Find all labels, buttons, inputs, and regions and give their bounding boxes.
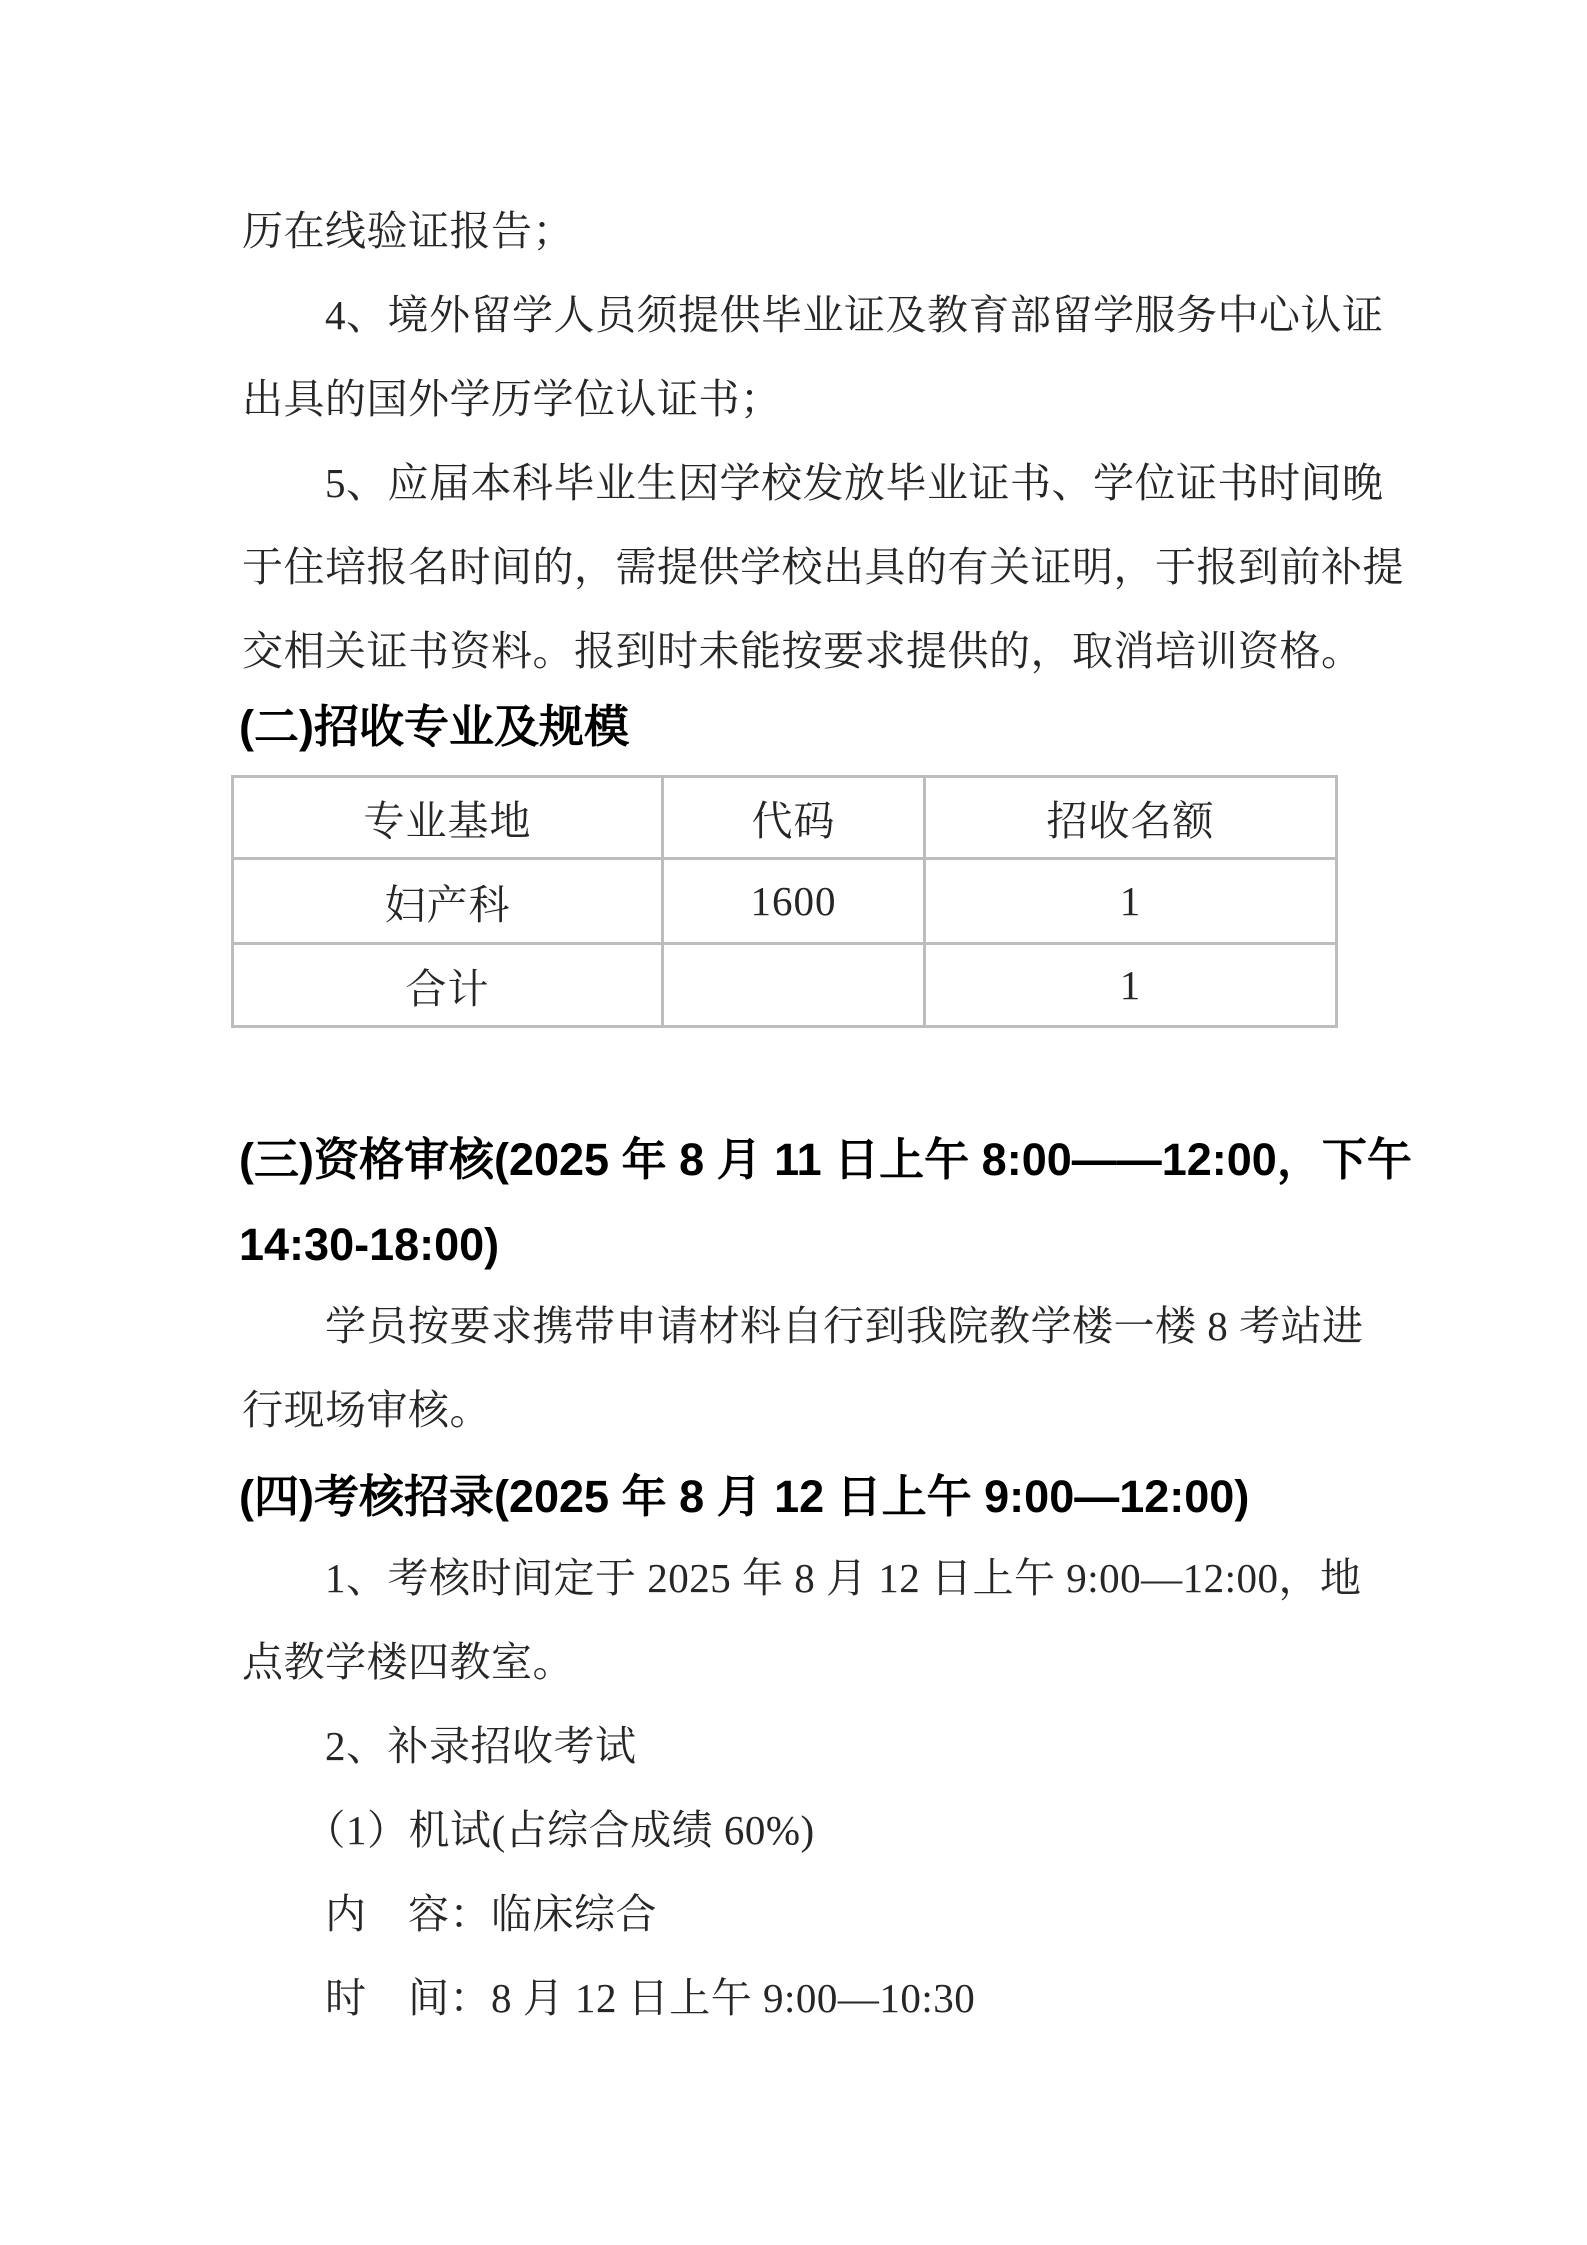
table-cell-total-quota: 1 <box>926 945 1335 1025</box>
table-cell-total-label: 合计 <box>234 945 664 1025</box>
section2-heading: (二)招收专业及规模 <box>239 702 1359 752</box>
document-page: 历在线验证报告； 4、境外留学人员须提供毕业证及教育部留学服务中心认证 出具的国… <box>0 0 1587 2245</box>
doc-line-item5-3: 交相关证书资料。报到时未能按要求提供的，取消培训资格。 <box>242 628 1352 674</box>
doc-line-item4-2: 出具的国外学历学位认证书； <box>242 376 1352 422</box>
table-cell-total-code <box>664 945 926 1025</box>
doc-line-item4-1: 4、境外留学人员须提供毕业证及教育部留学服务中心认证 <box>242 292 1352 338</box>
doc-line-exam-time-2: 点教学楼四教室。 <box>242 1639 1352 1685</box>
doc-line-carryover: 历在线验证报告； <box>242 208 1352 254</box>
doc-line-exam-time-1: 1、考核时间定于 2025 年 8 月 12 日上午 9:00—12:00，地 <box>242 1555 1352 1601</box>
doc-line-review-1: 学员按要求携带申请材料自行到我院教学楼一楼 8 考站进 <box>242 1303 1352 1349</box>
table-header-specialty: 专业基地 <box>234 778 664 860</box>
section3-heading-line1: (三)资格审核(2025 年 8 月 11 日上午 8:00——12:00，下午 <box>239 1135 1359 1185</box>
section4-heading: (四)考核招录(2025 年 8 月 12 日上午 9:00—12:00) <box>239 1472 1359 1522</box>
doc-line-review-2: 行现场审核。 <box>242 1387 1352 1433</box>
table-header-quota: 招收名额 <box>926 778 1335 860</box>
table-cell-specialty: 妇产科 <box>234 860 664 945</box>
doc-line-item5-2: 于住培报名时间的，需提供学校出具的有关证明，于报到前补提 <box>242 544 1352 590</box>
enrollment-table: 专业基地 代码 招收名额 妇产科 1600 1 合计 1 <box>231 775 1338 1028</box>
doc-line-item5-1: 5、应届本科毕业生因学校发放毕业证书、学位证书时间晚 <box>242 460 1352 506</box>
table-cell-quota: 1 <box>926 860 1335 945</box>
table-header-code: 代码 <box>664 778 926 860</box>
doc-line-test-content: 内 容：临床综合 <box>242 1891 1352 1937</box>
doc-line-makeup-exam: 2、补录招收考试 <box>242 1723 1352 1769</box>
doc-line-test-schedule: 时 间：8 月 12 日上午 9:00—10:30 <box>242 1975 1352 2021</box>
section3-heading-line2: 14:30-18:00) <box>239 1220 1359 1270</box>
table-cell-code: 1600 <box>664 860 926 945</box>
doc-line-machine-test: （1）机试(占综合成绩 60%) <box>242 1807 1352 1853</box>
